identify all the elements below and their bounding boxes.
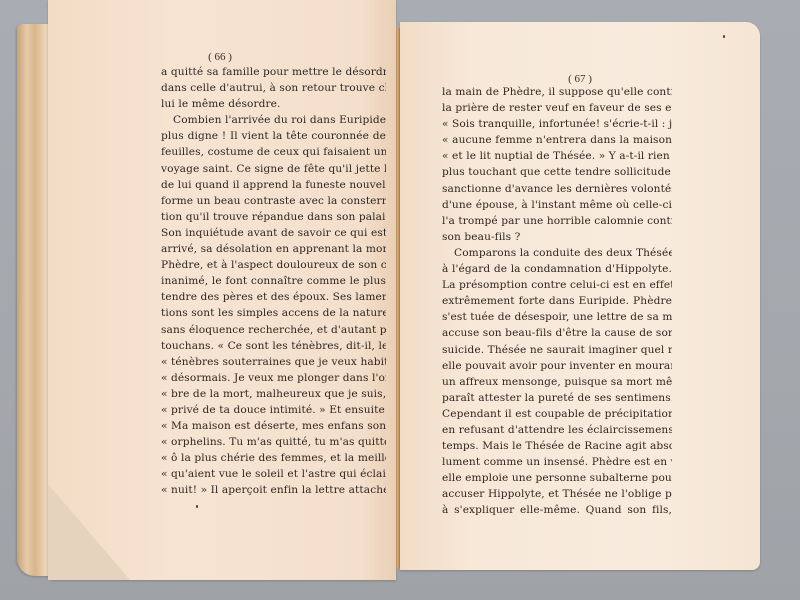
text-line: accuser Hippolyte, et Thésée ne l'oblige… xyxy=(442,486,672,502)
text-line: la prière de rester veuf en faveur de se… xyxy=(442,100,672,116)
text-line: son beau-fils ? xyxy=(442,229,672,245)
text-line: s'est tuée de désespoir, une lettre de s… xyxy=(442,309,672,325)
text-line: « nuit! » Il aperçoit enfin la lettre at… xyxy=(161,482,386,498)
left-page-text: a quitté sa famille pour mettre le désor… xyxy=(161,64,386,499)
text-line: la main de Phèdre, il suppose qu'elle co… xyxy=(442,84,672,100)
text-line: « aucune femme n'entrera dans la maison xyxy=(442,132,672,148)
text-line: plus digne ! Il vient la tête couronnée … xyxy=(161,128,386,144)
text-line: Combien l'arrivée du roi dans Euripide e… xyxy=(161,112,386,128)
text-line: « bre de la mort, malheureux que je suis… xyxy=(161,386,386,402)
left-page-number: ( 66 ) xyxy=(46,51,394,63)
text-line: « ténèbres souterraines que je veux habi… xyxy=(161,354,386,370)
text-line: elle emploie une personne subalterne pou… xyxy=(442,470,672,486)
text-line: Son inquiétude avant de savoir ce qui es… xyxy=(161,225,386,241)
text-line: touchans. « Ce sont les ténèbres, dit-il… xyxy=(161,338,386,354)
folded-page-corner xyxy=(48,484,130,580)
text-line: accuse son beau-fils d'être la cause de … xyxy=(442,325,672,341)
text-line: tendre des pères et des époux. Ses lamen… xyxy=(161,289,386,305)
text-line: Cependant il est coupable de précipitati… xyxy=(442,406,672,422)
text-line: forme un beau contraste avec la constern… xyxy=(161,193,386,209)
right-page: ( 67 ) la main de Phèdre, il suppose qu'… xyxy=(400,22,760,570)
text-line: feuilles, costume de ceux qui faisaient … xyxy=(161,144,386,160)
text-line: « désormais. Je veux me plonger dans l'o… xyxy=(161,370,386,386)
text-line: « privé de ta douce intimité. » Et ensui… xyxy=(161,402,386,418)
photo-scene: ( 66 ) a quitté sa famille pour mettre l… xyxy=(0,0,800,600)
text-line: tion qu'il trouve répandue dans son pala… xyxy=(161,209,386,225)
text-line: lui le même désordre. xyxy=(161,96,386,112)
right-page-text: la main de Phèdre, il suppose qu'elle co… xyxy=(442,84,672,519)
text-line: à s'expliquer elle-même. Quand son fils, xyxy=(442,502,672,518)
text-line: elle pouvait avoir pour inventer en mour… xyxy=(442,358,672,374)
text-line: a quitté sa famille pour mettre le désor… xyxy=(161,64,386,80)
text-line: dans celle d'autrui, à son retour trouve… xyxy=(161,80,386,96)
text-line: plus touchant que cette tendre sollicitu… xyxy=(442,164,672,180)
text-line: un affreux mensonge, puisque sa mort mêm… xyxy=(442,374,672,390)
text-line: La présomption contre celui-ci est en ef… xyxy=(442,277,672,293)
text-line: extrêmement forte dans Euripide. Phèdre xyxy=(442,293,672,309)
text-line: tions sont les simples accens de la natu… xyxy=(161,305,386,321)
text-line: Phèdre, et à l'aspect douloureux de son … xyxy=(161,257,386,273)
text-line: à l'égard de la condamnation d'Hippolyte… xyxy=(442,261,672,277)
paper-speck xyxy=(196,505,198,508)
text-line: paraît attester la pureté de ses sentime… xyxy=(442,390,672,406)
text-line: suicide. Thésée ne saurait imaginer quel… xyxy=(442,342,672,358)
text-line: d'une épouse, à l'instant même où celle-… xyxy=(442,197,672,213)
text-line: de lui quand il apprend la funeste nouve… xyxy=(161,177,386,193)
paper-speck xyxy=(723,35,725,38)
text-line: Comparons la conduite des deux Thésées xyxy=(442,245,672,261)
text-line: sans éloquence recherchée, et d'autant p… xyxy=(161,322,386,338)
text-line: « qu'aient vue le soleil et l'astre qui … xyxy=(161,466,386,482)
left-page: ( 66 ) a quitté sa famille pour mettre l… xyxy=(48,0,396,580)
text-line: arrivé, sa désolation en apprenant la mo… xyxy=(161,241,386,257)
text-line: « Sois tranquille, infortunée! s'écrie-t… xyxy=(442,116,672,132)
text-line: « Ma maison est déserte, mes enfans sont xyxy=(161,418,386,434)
text-line: l'a trompé par une horrible calomnie con… xyxy=(442,213,672,229)
text-line: lument comme un insensé. Phèdre est en v… xyxy=(442,454,672,470)
text-line: « ô la plus chérie des femmes, et la mei… xyxy=(161,450,386,466)
text-line: voyage saint. Ce signe de fête qu'il jet… xyxy=(161,161,386,177)
text-line: sanctionne d'avance les dernières volont… xyxy=(442,181,672,197)
text-line: « et le lit nuptial de Thésée. » Y a-t-i… xyxy=(442,148,672,164)
text-line: « orphelins. Tu m'as quitté, tu m'as qui… xyxy=(161,434,386,450)
text-line: en refusant d'attendre les éclaircisseme… xyxy=(442,422,672,438)
text-line: temps. Mais le Thésée de Racine agit abs… xyxy=(442,438,672,454)
text-line: inanimé, le font connaître comme le plus xyxy=(161,273,386,289)
